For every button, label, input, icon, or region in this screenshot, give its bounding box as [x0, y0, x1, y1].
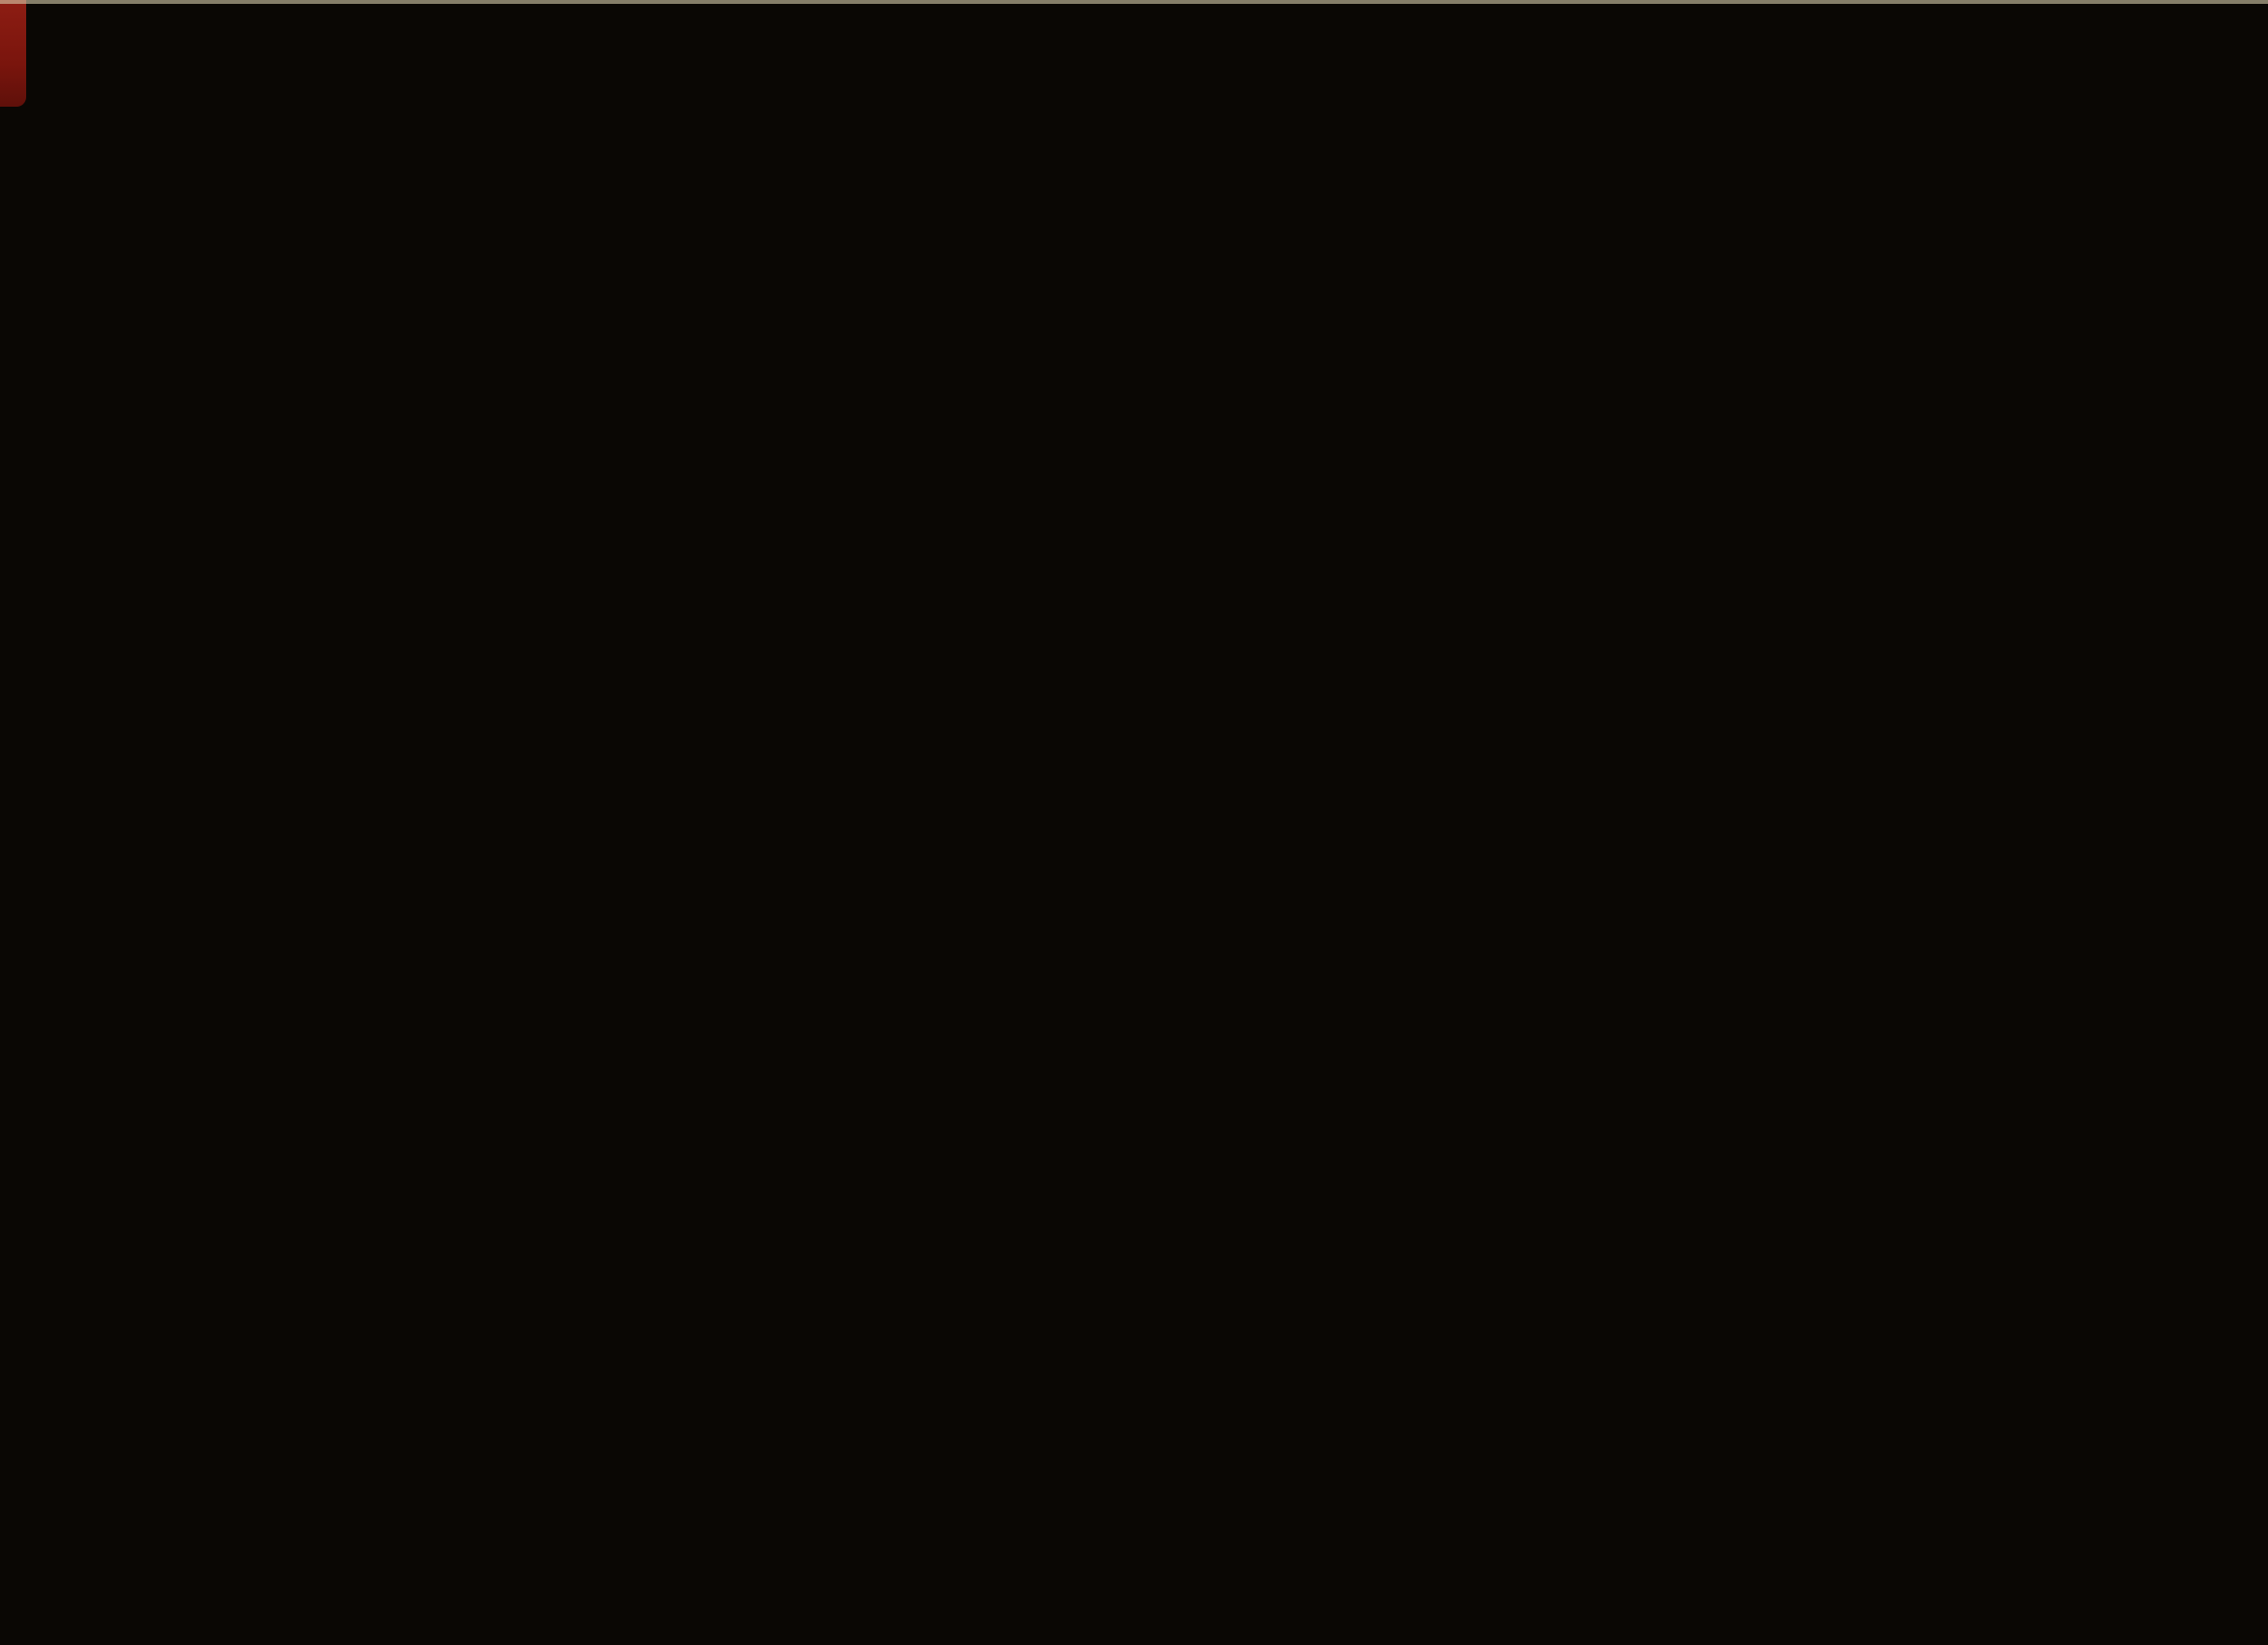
text-line: × g − vv, b b2 g × g g − v vv v, &c. ref…: [53, 891, 635, 931]
text-line: tained. For an Inftance hereof, let a Ba…: [1156, 616, 2240, 659]
signature-mark: Q: [1609, 1519, 1654, 1585]
intro-paragraph: Log. 1 + 1 − n½1 − 1 − n½ : But, in the …: [53, 91, 635, 481]
text-line: mon Radius is √m b. And, in like manner,…: [53, 210, 635, 248]
text-line: fimple Power (r) of the Velocity ; then …: [53, 648, 635, 687]
text-line: Refiftance is in the Ratio of two differ…: [53, 403, 635, 442]
text-line: − b + b gv, &c. and T equal to b bg × g …: [53, 852, 635, 891]
page-number-right: ( 57 ): [1156, 29, 2240, 72]
text-line: mentioned : Wherefore, if for g, h, b an…: [1156, 1274, 2240, 1317]
catchword-right: conds,: [2088, 1540, 2180, 1576]
text-line: bb − x, x = b Log. 1 + gb × Tb, T = b × …: [53, 972, 635, 1012]
text-line: is fufficient to carry it uniformly over…: [1156, 1104, 2240, 1146]
text-line: T will be equal to bm drawn into the Dif…: [53, 131, 635, 171]
scholium-paragraph: I N Fluids void of Tenacity the Refiftan…: [1156, 223, 2240, 1513]
text-line: tion : Therefore, if this Space be taken…: [1156, 488, 2240, 531]
text-line: N Fluids void of Tenacity the Refiftance…: [1156, 223, 2240, 266]
scholium-heading: S C H O L I U M.: [1156, 155, 2240, 202]
corollary-paragraph: I F m be taken = 0, or the Body be fuppo…: [53, 570, 635, 1088]
text-line: b b g− 1 − b b gr − 2 v1 − r1 − r : Wher…: [53, 772, 635, 812]
text-line: fpecifick Gravity ; or, as 860, to 859, …: [1156, 1189, 2240, 1232]
text-line: of the laft Problem of this Treatife.: [53, 442, 635, 481]
text-line: in Falling, be required. Becaufe, the De…: [1156, 924, 2240, 967]
page-right: ount the whole Time of Afcent ; y, w = 2…: [1115, 0, 2230, 1641]
text-line: Values 300, 1, 764.4, and 32.16, be fubf…: [1156, 1317, 2240, 1360]
text-line: (= x) = 630 Feet for the whole Heighth o…: [1156, 1412, 2240, 1455]
text-line: is 13 of a Foot, and whofe Denfity is th…: [1156, 659, 2240, 710]
text-line: Times of Afcent and Defcent, with the Ve…: [1156, 882, 2240, 924]
pencil-annotation: in air: [1510, 1118, 1571, 1150]
text-line: — b gr − 2 v1 − r v̇, and Ṫ = — b b gr −…: [53, 687, 635, 731]
text-line: ed by a Medium only, and the Refiftance …: [53, 609, 635, 648]
page-left: if v be taken = 0, we fhall have to the …: [0, 0, 958, 1600]
book-scan: if v be taken = 0, we fhall have to the …: [0, 0, 2268, 1645]
paper-stain: [407, 1494, 756, 1610]
text-line: faid Theorems, we fhall have, firft, b2 …: [1156, 1360, 2240, 1411]
text-line: 83 of its Diameter, as the Denfity of th…: [1156, 351, 2240, 403]
text-line: F m be taken = 0, or the Body be fuppofe…: [53, 570, 635, 609]
text-line: Circular Arcs, whofe Tangents are g and …: [53, 171, 635, 210]
text-line: fufficient to carry it uniformly over a …: [1156, 796, 2240, 839]
text-line: 2d, bm × Arch, whofe Tang. is g, and Rad…: [1156, 1455, 2240, 1513]
scan-top-edge: [0, 0, 2268, 4]
text-line: Body in fuch Fluids, by moving over a Sp…: [1156, 308, 2240, 351]
text-line: in a Direction perpendicular to the Hori…: [1156, 754, 2240, 796]
text-line: Cafe, will therefore be = b − b gr − 2 v…: [53, 732, 635, 772]
text-line: expreffing the Relation of the Times and…: [53, 1012, 635, 1050]
text-line: Feet, to ( 32.16 = ) m, h being equal to…: [1156, 1232, 2240, 1274]
book-cover-corner: [0, 0, 26, 107]
page-number-left: ( 56 ): [53, 35, 635, 78]
text-line: lue of b, in Cor. II. by Help of the The…: [1156, 531, 2240, 573]
text-line: the Velocity, Time, or Space gone over, …: [1156, 573, 2240, 616]
text-line: plicate Ratio of the Velocity ; and it i…: [1156, 266, 2240, 308]
text-line: exterminating v, we have x = g Tb × 1 − …: [53, 931, 635, 971]
text-line: is to that of Air, as 860 to 1, b will, …: [1156, 967, 2240, 1018]
text-line: Feet in that Time, it will be, as the ab…: [1156, 1146, 2240, 1189]
text-line: is a rational Number, and alfo, in many …: [53, 365, 635, 403]
corollary-heading: C O R O L. III.: [53, 506, 635, 545]
paper-stain: [107, 1339, 398, 1523]
text-line: common Rain-Water, be fuppofed to be pro…: [1156, 711, 2240, 754]
text-line: x and T may be exhibited by the Quadratu…: [53, 248, 635, 287]
text-line: Cafes, refpectively.: [53, 1050, 635, 1089]
text-line: meet with a Refiftance fufficient to tak…: [1156, 445, 2240, 488]
text-line: the Medium, with its Velocity uniformly …: [1156, 403, 2240, 445]
text-line: one Second of Time ; and let the Heighth…: [1156, 839, 2240, 882]
text-line: acquire in one Second of Time by freely …: [1156, 1061, 2240, 1104]
drop-cap: I: [53, 574, 88, 650]
catchword-left: S C H O-: [53, 1181, 635, 1210]
drop-cap: I: [1156, 227, 1195, 312]
text-line: Log. 1 + 1 − n½1 − 1 − n½ : But, in the …: [53, 91, 635, 131]
text-line: 764.4 Feet ; and fince the Velocity, whi…: [1156, 1018, 2240, 1061]
text-line: &c. fucceffively, x will be b2 − b v²2 g…: [53, 812, 635, 852]
text-line: Conic Sections, in any other Cafe, where…: [53, 287, 635, 326]
text-line: barely as a fimple Power of the Velocity…: [53, 326, 635, 365]
